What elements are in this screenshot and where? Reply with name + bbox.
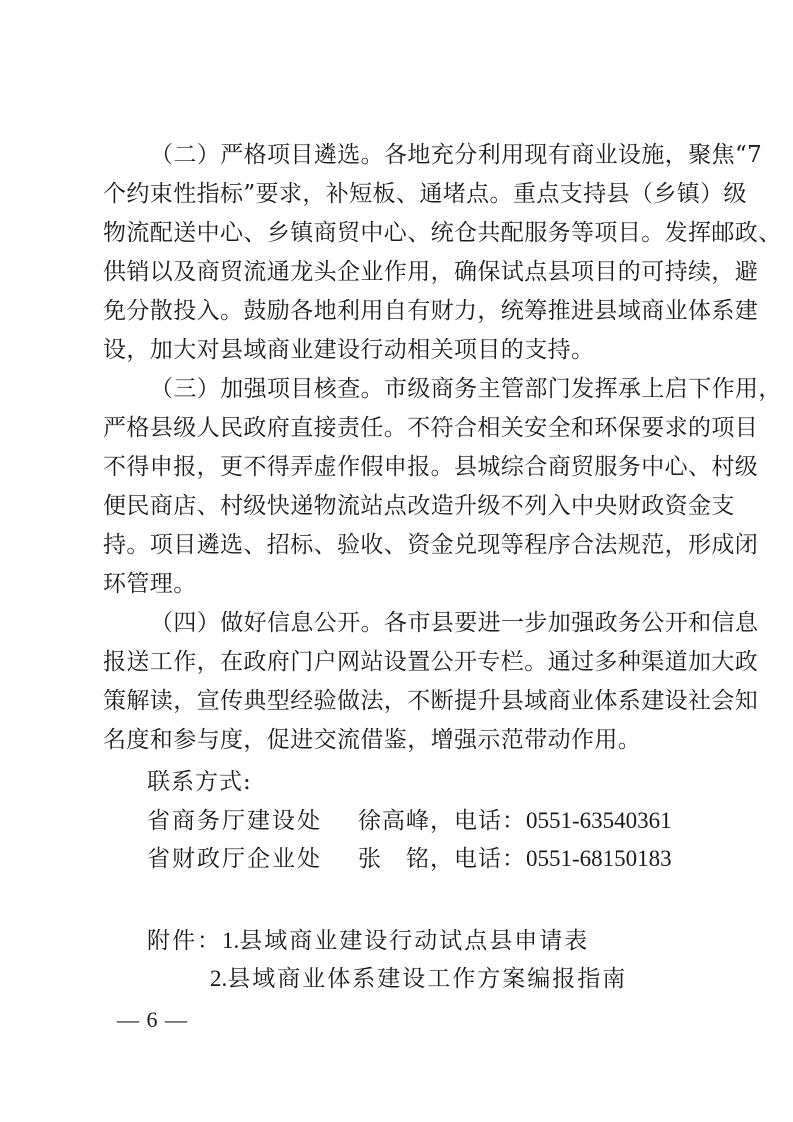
text-line: 免分散投入。鼓励各地利用自有财力，统筹推进县域商业体系建	[103, 296, 691, 326]
attachment-item: 附件：1.县域商业建设行动试点县申请表	[147, 926, 589, 956]
document-page: （二）严格项目遴选。各地充分利用现有商业设施，聚焦“7 个约束性指标”要求，补短…	[0, 0, 793, 1122]
text-line: （四）做好信息公开。各市县要进一步加强政务公开和信息	[150, 608, 691, 638]
contact-name: 徐高峰，电话：	[358, 806, 526, 836]
page-number: — 6 —	[117, 1006, 188, 1034]
text-line: 持。项目遴选、招标、验收、资金兑现等程序合法规范，形成闭	[103, 530, 691, 560]
text-line: 个约束性指标”要求，补短板、通堵点。重点支持县（乡镇）级	[103, 179, 691, 209]
contact-row: 省财政厅企业处张 铭，电话：0551-68150183	[147, 844, 672, 874]
text-line: 物流配送中心、乡镇商贸中心、统仓共配服务等项目。发挥邮政、	[103, 218, 691, 248]
contact-phone: 0551-63540361	[526, 808, 672, 833]
text-line: 严格县级人民政府直接责任。不符合相关安全和环保要求的项目	[103, 413, 691, 443]
attachment-item: 2.县域商业体系建设工作方案编报指南	[210, 964, 627, 994]
text-line: （二）严格项目遴选。各地充分利用现有商业设施，聚焦“7	[150, 140, 691, 170]
text-line: 不得申报，更不得弄虚作假申报。县城综合商贸服务中心、村级	[103, 452, 691, 482]
text-line: 供销以及商贸流通龙头企业作用，确保试点县项目的可持续，避	[103, 257, 691, 287]
text-line: 名度和参与度，促进交流借鉴，增强示范带动作用。	[103, 725, 691, 755]
attachment-number: 2.	[210, 966, 227, 991]
attachments-label: 附件：	[147, 928, 222, 954]
contact-heading: 联系方式:	[147, 767, 252, 797]
text-line: 策解读，宣传典型经验做法，不断提升县域商业体系建设社会知	[103, 686, 691, 716]
text-line: 报送工作，在政府门户网站设置公开专栏。通过多种渠道加大政	[103, 647, 691, 677]
text-line: 环管理。	[103, 569, 691, 599]
attachment-title: 县域商业体系建设工作方案编报指南	[227, 966, 627, 992]
text-line: （三）加强项目核查。市级商务主管部门发挥承上启下作用，	[150, 374, 691, 404]
contact-phone: 0551-68150183	[526, 846, 672, 871]
text-line: 设，加大对县域商业建设行动相关项目的支持。	[103, 335, 691, 365]
attachment-number: 1.	[222, 928, 239, 953]
attachment-title: 县域商业建设行动试点县申请表	[239, 928, 589, 954]
text-line: 便民商店、村级快递物流站点改造升级不列入中央财政资金支	[103, 491, 691, 521]
contact-name: 张 铭，电话：	[358, 844, 526, 874]
contact-dept: 省商务厅建设处	[147, 806, 358, 836]
contact-row: 省商务厅建设处徐高峰，电话：0551-63540361	[147, 806, 672, 836]
contact-dept: 省财政厅企业处	[147, 844, 358, 874]
